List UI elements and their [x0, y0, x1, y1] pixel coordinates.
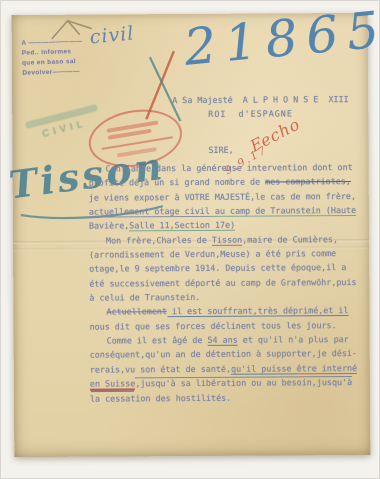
- typed-text-segment: je viens exposer à VOTRE MAJESTÉ,le cas …: [89, 191, 356, 203]
- typed-text-segment: Actuellement: [106, 307, 167, 317]
- typed-text-segment: ,jusqu'à sa libération ou au besoin,jusq…: [135, 376, 352, 388]
- registry-number-handwritten: 21865: [182, 0, 380, 77]
- typed-line: la cessation des hostilités.: [90, 389, 357, 405]
- typed-text-segment: profité déjà un si grand nombre de: [89, 177, 266, 188]
- typed-line: été successivement déporté au camp de Gr…: [89, 275, 356, 291]
- typed-line: actuellement otage civil au camp de Trau…: [89, 203, 356, 219]
- typed-line: je viens exposer à VOTRE MAJESTÉ,le cas …: [89, 189, 356, 205]
- typed-text-segment: être interné: [297, 363, 358, 374]
- typed-line: Actuellement il est souffrant,très dépri…: [89, 303, 356, 319]
- typed-text-segment: (arrondissement de Verdun,Meuse) a été p…: [89, 248, 336, 260]
- typed-text-segment: en Suisse: [90, 378, 135, 390]
- routing-stamp-line: Devolver————: [22, 67, 84, 79]
- typed-line: à celui de Traunstein.: [89, 289, 356, 305]
- typed-line: profité déjà un si grand nombre de mes c…: [89, 174, 356, 190]
- scanned-letter-page: A ————————Ped.. Informesque en baso salD…: [0, 0, 380, 479]
- typed-line: en Suisse,jusqu'à sa libération ou au be…: [90, 375, 357, 391]
- typed-text-segment: actuellement otage civil: [89, 206, 210, 218]
- typed-text-segment: ,maire de Cumières,: [242, 234, 338, 245]
- typed-text-segment: rerais,vu son état de santé,: [90, 364, 231, 375]
- typed-line: Bavière,Salle 11,Section 17e): [89, 217, 356, 233]
- typed-line: Confiante dans la généreuse intervention…: [89, 160, 356, 176]
- addressee-title-line: ROI d'ESPAGNE: [208, 108, 293, 119]
- typed-text-segment: il est souffrant,très déprimé,et il: [167, 305, 349, 317]
- typed-text-segment: la cessation des hostilités.: [90, 392, 231, 403]
- typed-line: Mon frère,Charles de Tisson,maire de Cum…: [89, 232, 356, 248]
- salutation: SIRE,: [208, 145, 233, 155]
- typed-text-segment: au camp de Traunstein (Haute: [210, 205, 356, 217]
- typed-line: otage,le 9 septembre 1914. Depuis cette …: [89, 260, 356, 276]
- typed-text-segment: Tisson: [212, 234, 242, 245]
- letter-body: Confiante dans la généreuse intervention…: [89, 160, 358, 405]
- letter-paper: A ————————Ped.. Informesque en baso salD…: [12, 13, 371, 457]
- typed-line: (arrondissement de Verdun,Meuse) a été p…: [89, 246, 356, 262]
- routing-stamp: A ————————Ped.. Informesque en baso salD…: [21, 37, 84, 79]
- typed-line: Comme il est âgé de 54 ans et qu'il n'a …: [90, 332, 357, 348]
- typed-text-segment: 54 ans: [207, 335, 237, 346]
- typed-text-segment: été successivement déporté au camp de Gr…: [89, 277, 356, 289]
- typed-text-segment: nous dit que ses forces déclinent tous l…: [90, 320, 337, 332]
- typed-text-segment: Mon frère,Charles de: [106, 235, 212, 246]
- addressee-line: A Sa Majesté A L P H O N S E XIII: [172, 94, 349, 105]
- typed-text-segment: conséquent,qu'un an de détention à suppo…: [90, 348, 357, 360]
- typed-line: rerais,vu son état de santé,qu'il puisse…: [90, 361, 357, 377]
- typed-line: conséquent,qu'un an de détention à suppo…: [90, 346, 357, 362]
- typed-text-segment: Salle 11,Section 17e): [129, 220, 235, 232]
- typed-text-segment: Bavière,: [89, 221, 129, 231]
- typed-text-segment: mes compatriotes,: [265, 176, 351, 187]
- typed-text-segment: qu'il puisse: [231, 363, 297, 374]
- typed-text-segment: et qu'il n'a plus par: [238, 334, 349, 345]
- typed-line: nous dit que ses forces déclinent tous l…: [90, 318, 357, 334]
- typed-text-segment: Confiante dans la généreuse intervention…: [106, 162, 353, 174]
- typed-text-segment: otage,le 9 septembre 1914. Depuis cette …: [89, 262, 346, 274]
- typed-text-segment: à celui de Traunstein.: [89, 292, 200, 303]
- typed-text-segment: Comme il est âgé de: [107, 335, 208, 346]
